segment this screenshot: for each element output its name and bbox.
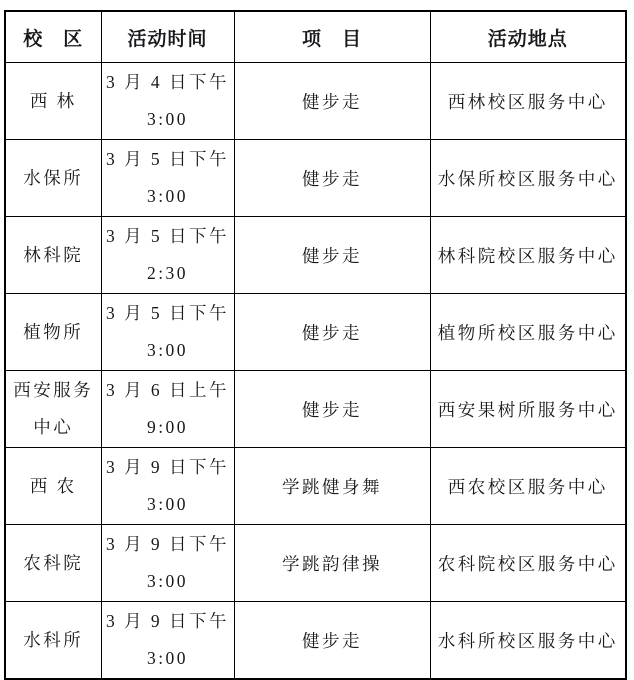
campus-cell: 林科院 [5, 217, 101, 294]
time-cell: 3 月 5 日下午 3:00 [101, 294, 234, 371]
header-location: 活动地点 [430, 11, 626, 63]
project-cell: 健步走 [234, 294, 430, 371]
campus-cell: 水保所 [5, 140, 101, 217]
table-row: 西 农 3 月 9 日下午 3:00 学跳健身舞 西农校区服务中心 [5, 448, 626, 525]
location-cell: 水科所校区服务中心 [430, 602, 626, 680]
project-cell: 健步走 [234, 217, 430, 294]
campus-cell: 水科所 [5, 602, 101, 680]
table-row: 农科院 3 月 9 日下午 3:00 学跳韵律操 农科院校区服务中心 [5, 525, 626, 602]
time-line-2: 9:00 [102, 409, 234, 446]
time-line-1: 3 月 5 日下午 [102, 218, 234, 255]
campus-text: 西 农 [6, 468, 101, 505]
table-row: 西 林 3 月 4 日下午 3:00 健步走 西林校区服务中心 [5, 63, 626, 140]
time-cell: 3 月 5 日下午 2:30 [101, 217, 234, 294]
time-line-2: 3:00 [102, 563, 234, 600]
campus-text: 水科所 [6, 622, 101, 659]
header-project: 项 目 [234, 11, 430, 63]
campus-text-line-1: 西安服务 [6, 372, 101, 409]
header-time: 活动时间 [101, 11, 234, 63]
location-cell: 农科院校区服务中心 [430, 525, 626, 602]
location-cell: 西农校区服务中心 [430, 448, 626, 525]
time-line-2: 3:00 [102, 486, 234, 523]
time-line-2: 3:00 [102, 101, 234, 138]
campus-cell: 西安服务 中心 [5, 371, 101, 448]
time-line-2: 2:30 [102, 255, 234, 292]
time-cell: 3 月 9 日下午 3:00 [101, 602, 234, 680]
time-line-2: 3:00 [102, 332, 234, 369]
time-line-1: 3 月 9 日下午 [102, 526, 234, 563]
table-row: 林科院 3 月 5 日下午 2:30 健步走 林科院校区服务中心 [5, 217, 626, 294]
time-line-1: 3 月 9 日下午 [102, 449, 234, 486]
location-cell: 西安果树所服务中心 [430, 371, 626, 448]
location-cell: 西林校区服务中心 [430, 63, 626, 140]
table-row: 水保所 3 月 5 日下午 3:00 健步走 水保所校区服务中心 [5, 140, 626, 217]
table-row: 西安服务 中心 3 月 6 日上午 9:00 健步走 西安果树所服务中心 [5, 371, 626, 448]
header-row: 校 区 活动时间 项 目 活动地点 [5, 11, 626, 63]
time-cell: 3 月 4 日下午 3:00 [101, 63, 234, 140]
project-cell: 健步走 [234, 63, 430, 140]
project-cell: 健步走 [234, 602, 430, 680]
time-cell: 3 月 6 日上午 9:00 [101, 371, 234, 448]
campus-text: 植物所 [6, 314, 101, 351]
time-line-1: 3 月 5 日下午 [102, 295, 234, 332]
campus-text: 水保所 [6, 160, 101, 197]
time-line-1: 3 月 6 日上午 [102, 372, 234, 409]
activity-schedule-table: 校 区 活动时间 项 目 活动地点 西 林 3 月 4 日下午 3:00 健步走… [4, 10, 627, 680]
time-cell: 3 月 5 日下午 3:00 [101, 140, 234, 217]
project-cell: 学跳韵律操 [234, 525, 430, 602]
location-cell: 植物所校区服务中心 [430, 294, 626, 371]
campus-text-line-2: 中心 [6, 409, 101, 446]
time-line-2: 3:00 [102, 640, 234, 677]
time-line-1: 3 月 4 日下午 [102, 64, 234, 101]
time-cell: 3 月 9 日下午 3:00 [101, 525, 234, 602]
campus-cell: 植物所 [5, 294, 101, 371]
time-line-2: 3:00 [102, 178, 234, 215]
campus-text: 西 林 [6, 83, 101, 120]
project-cell: 健步走 [234, 371, 430, 448]
campus-text: 林科院 [6, 237, 101, 274]
time-line-1: 3 月 9 日下午 [102, 603, 234, 640]
campus-cell: 西 农 [5, 448, 101, 525]
campus-cell: 农科院 [5, 525, 101, 602]
table-row: 植物所 3 月 5 日下午 3:00 健步走 植物所校区服务中心 [5, 294, 626, 371]
campus-cell: 西 林 [5, 63, 101, 140]
location-cell: 林科院校区服务中心 [430, 217, 626, 294]
time-cell: 3 月 9 日下午 3:00 [101, 448, 234, 525]
time-line-1: 3 月 5 日下午 [102, 141, 234, 178]
project-cell: 健步走 [234, 140, 430, 217]
table-row: 水科所 3 月 9 日下午 3:00 健步走 水科所校区服务中心 [5, 602, 626, 680]
header-campus: 校 区 [5, 11, 101, 63]
location-cell: 水保所校区服务中心 [430, 140, 626, 217]
campus-text: 农科院 [6, 545, 101, 582]
project-cell: 学跳健身舞 [234, 448, 430, 525]
